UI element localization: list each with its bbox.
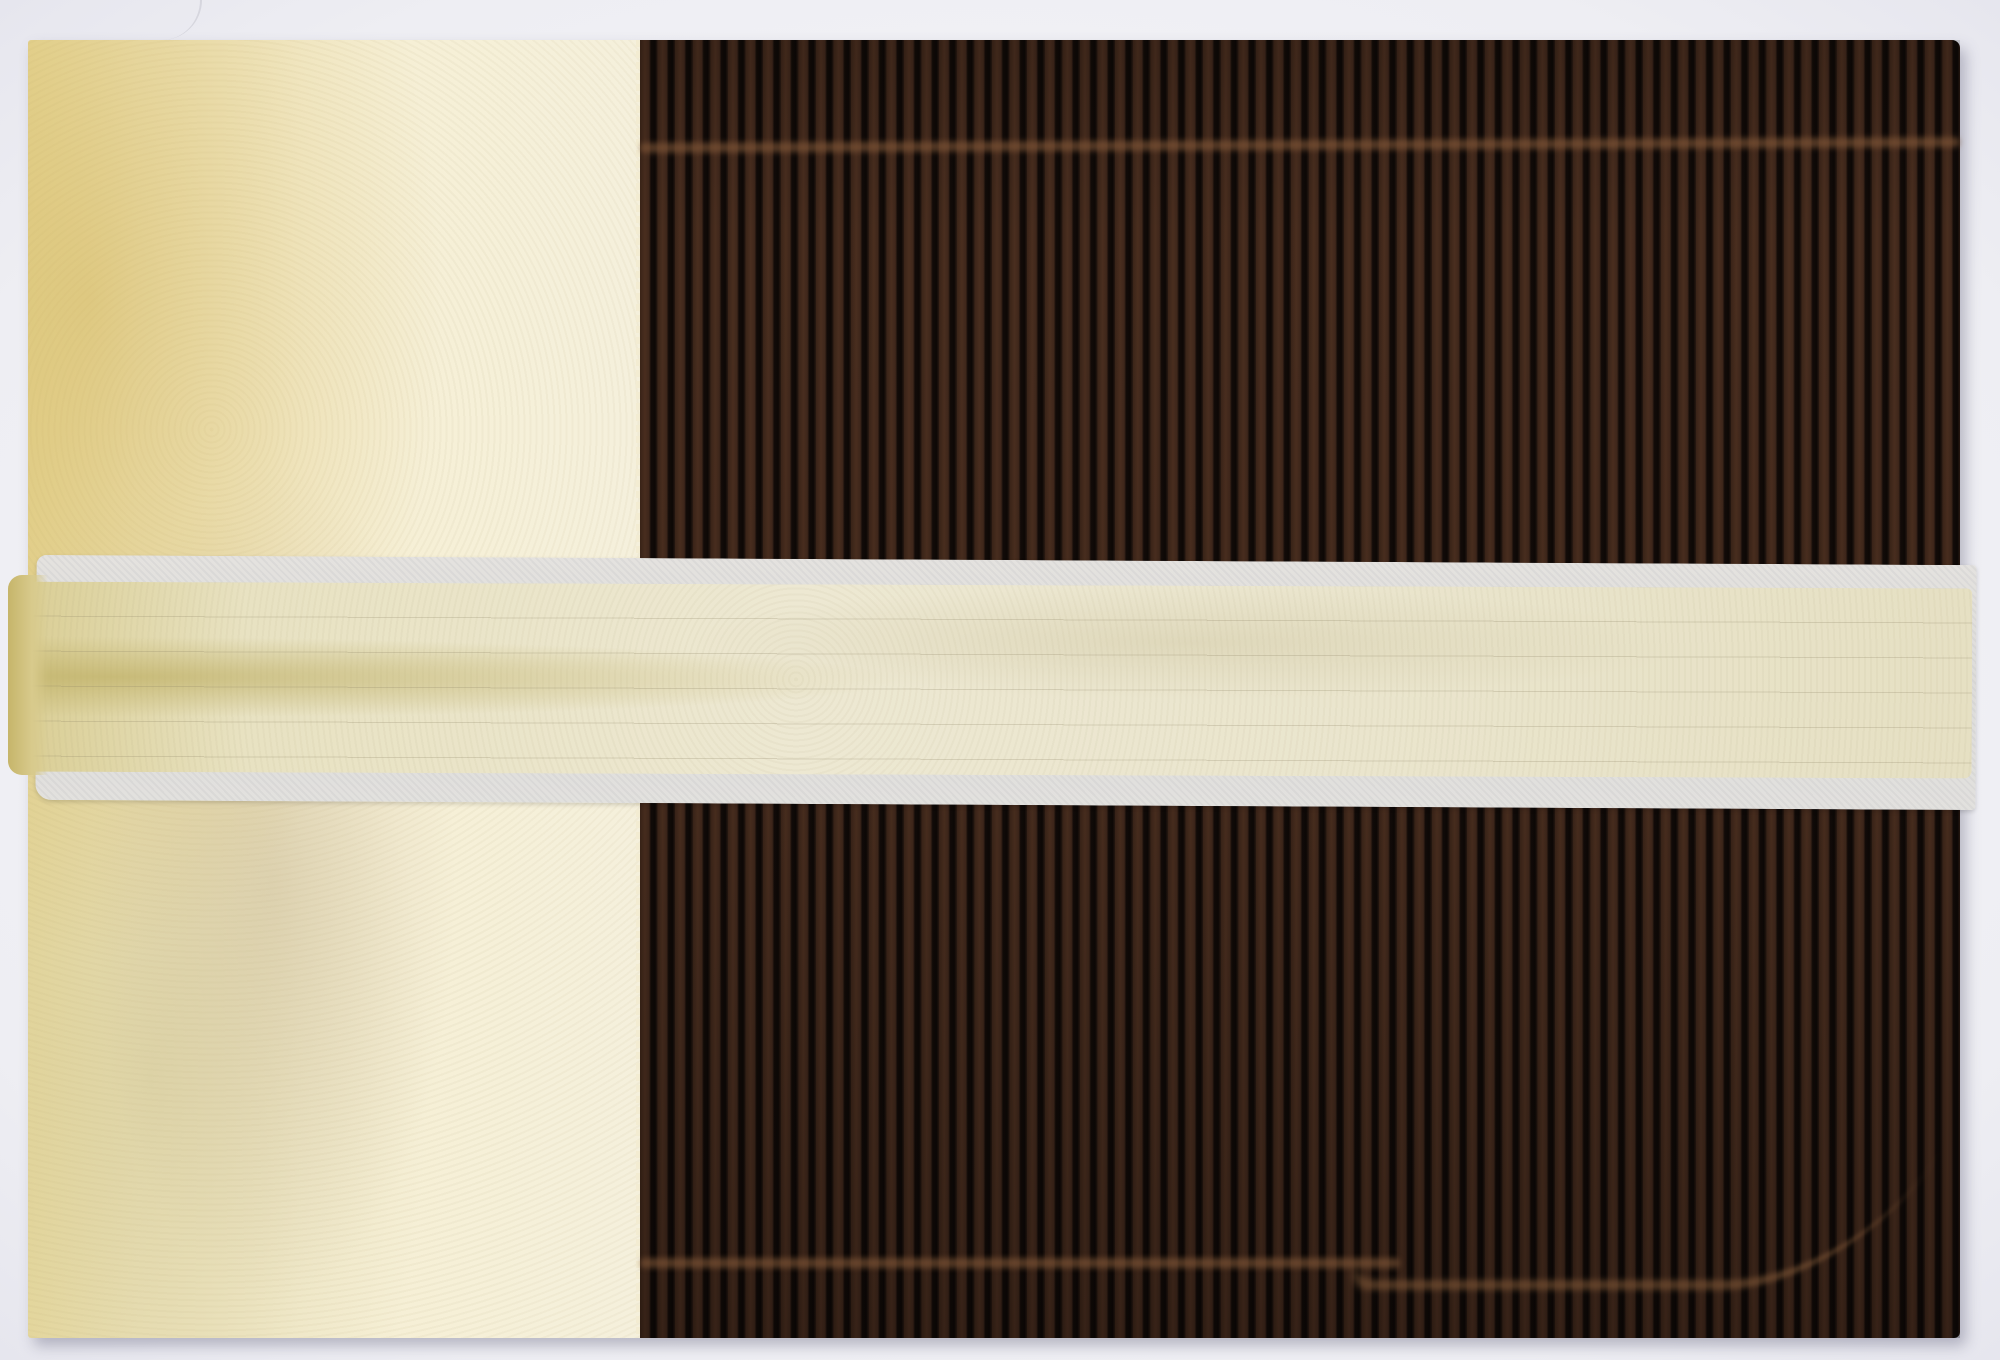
suede-strip-band <box>12 582 1973 779</box>
band-left-end <box>8 575 48 775</box>
bottom-crease-line <box>640 1258 1400 1268</box>
